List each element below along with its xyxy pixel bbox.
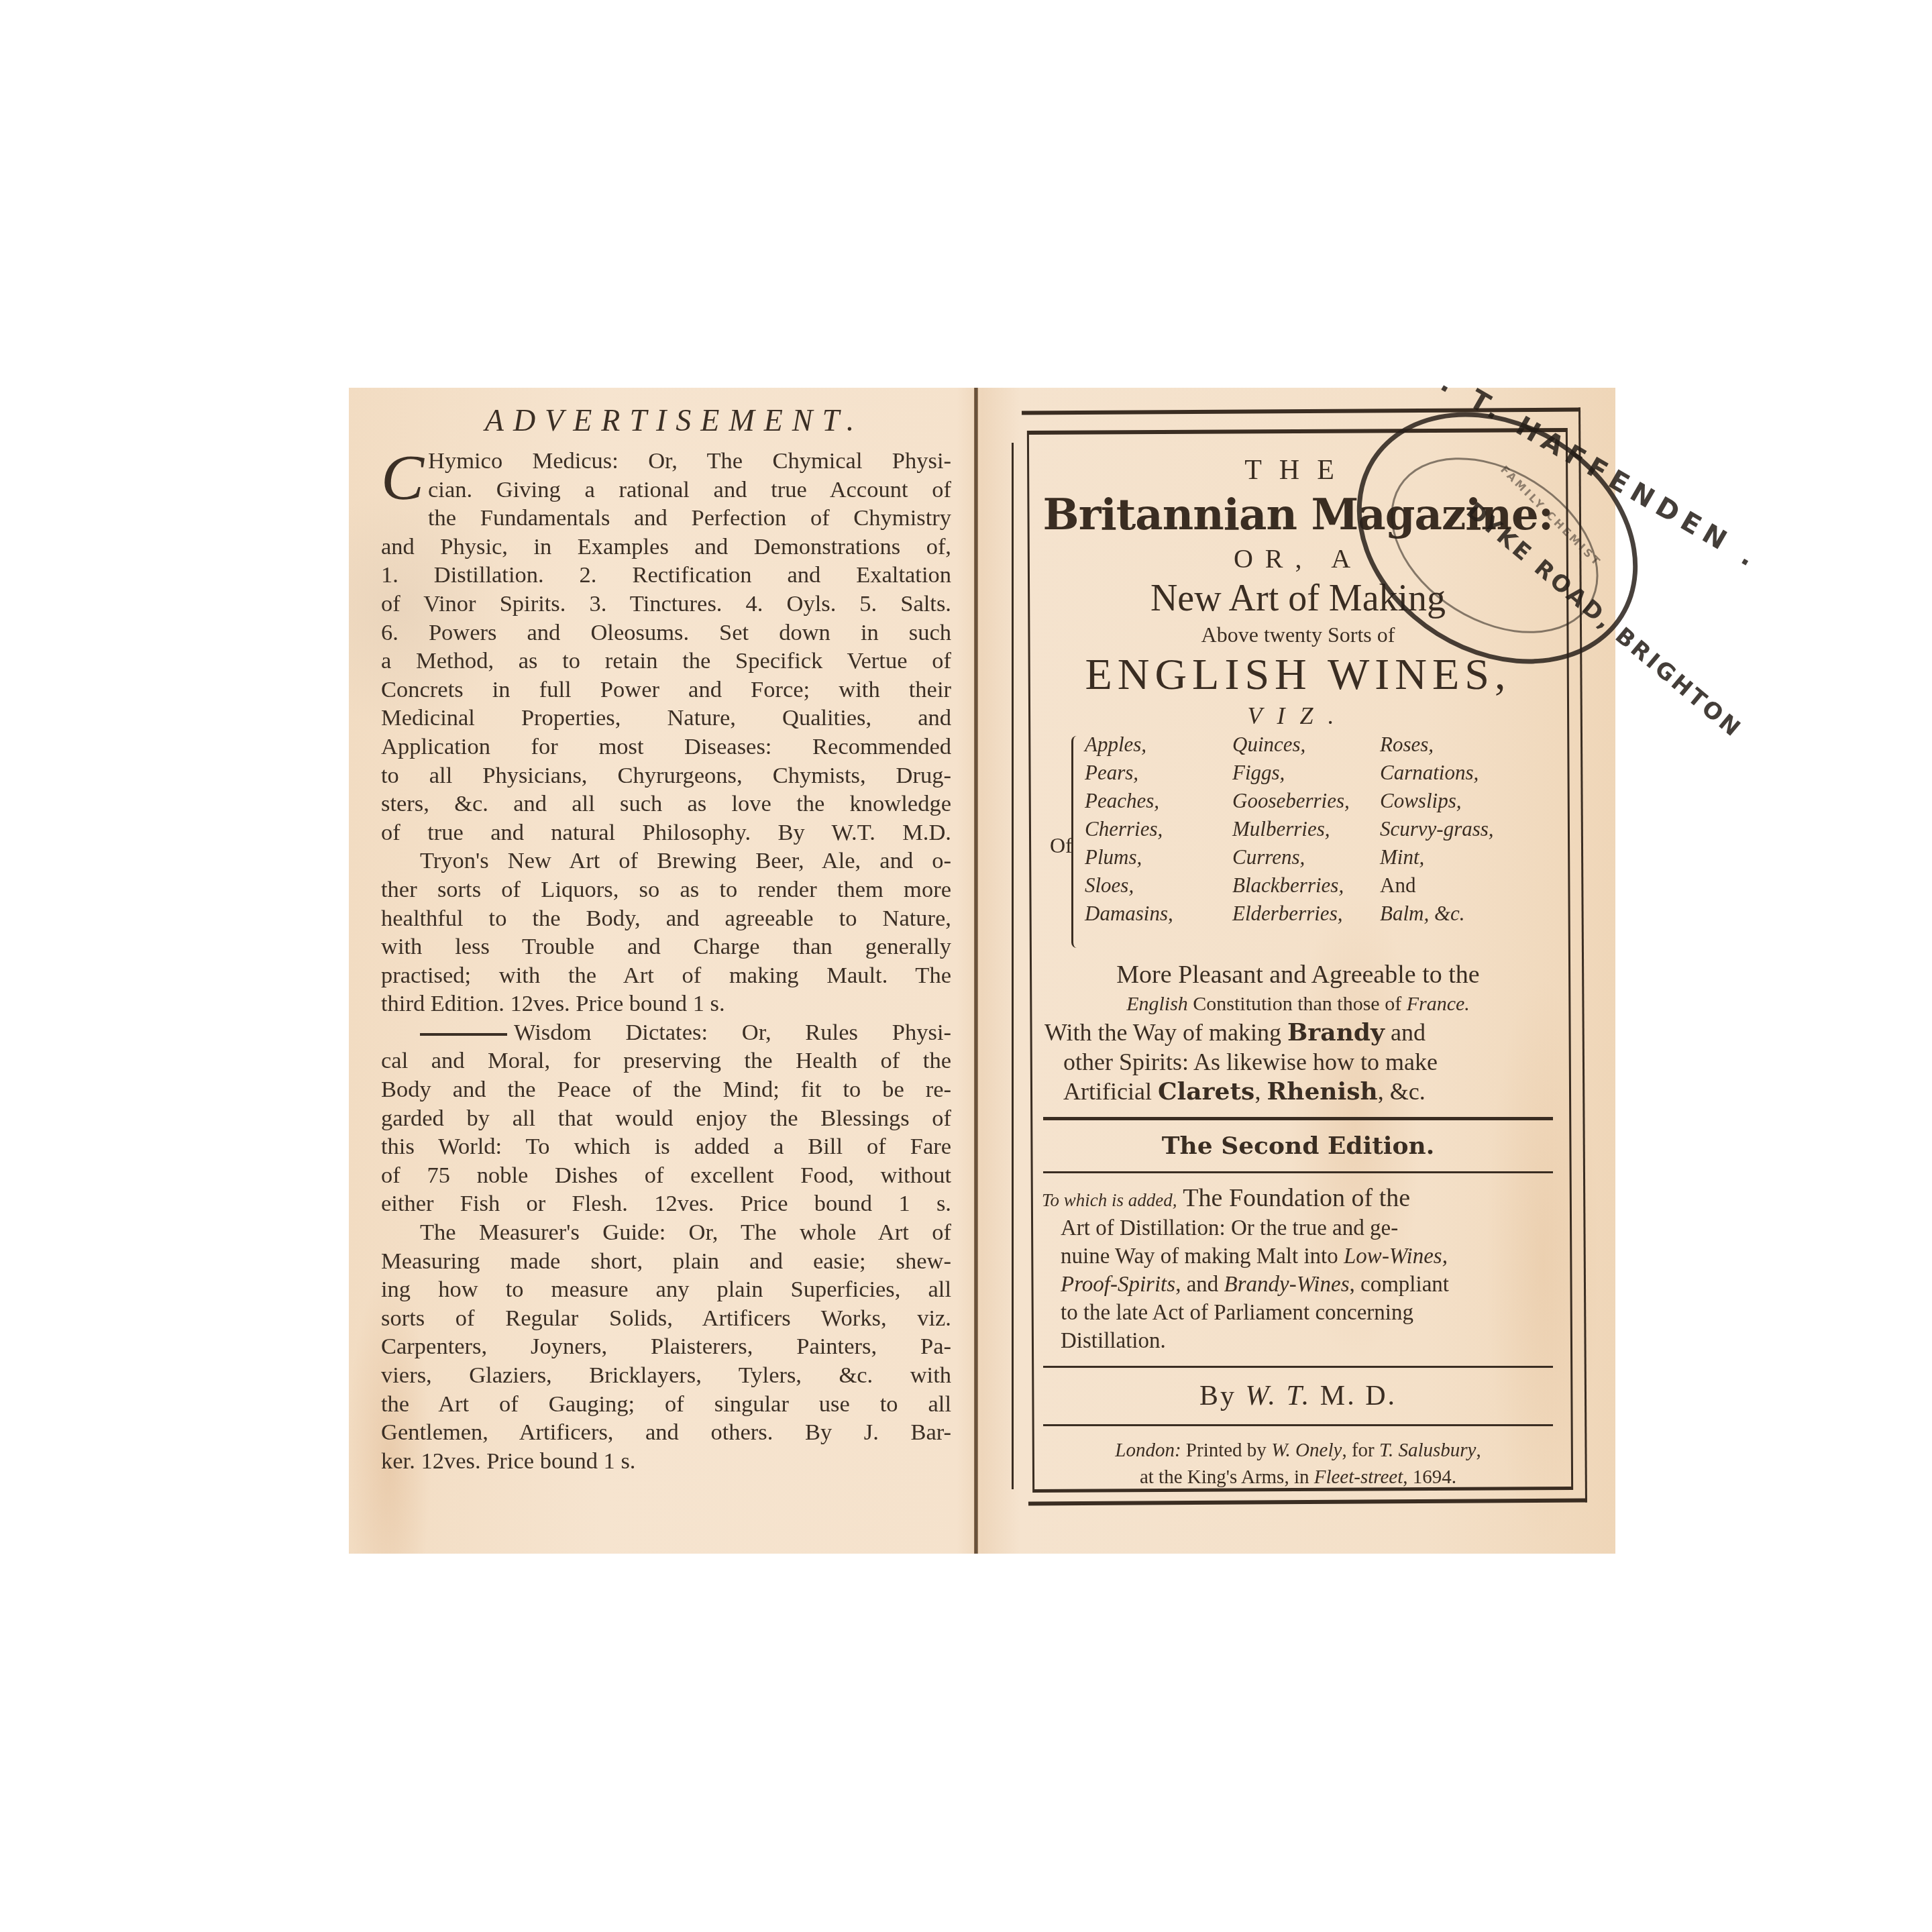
list-column-2: Quinces, Figgs, Gooseberries, Mulberries…: [1232, 731, 1350, 928]
added-line-3: nuine Way of making Malt into Low-Wines,: [1036, 1242, 1560, 1271]
italic-text: London:: [1115, 1440, 1181, 1461]
text: and: [1385, 1019, 1426, 1046]
title-page-outer-frame-left: [1012, 443, 1014, 1489]
text-line: Application for most Diseases: Recommend…: [381, 733, 951, 761]
italic-text: T. Salusbury: [1379, 1440, 1476, 1461]
list-item: Quinces,: [1232, 731, 1350, 759]
italic-text: France.: [1407, 993, 1470, 1015]
list-item: Gooseberries,: [1232, 787, 1350, 815]
text-line: sters, &c. and all such as love the know…: [381, 790, 951, 818]
viz-label: VIZ.: [1036, 701, 1560, 731]
text-line: cal and Moral, for preserving the Health…: [381, 1046, 951, 1075]
text-line: of 75 noble Dishes of excellent Food, wi…: [381, 1161, 951, 1190]
italic-text: Fleet-street: [1314, 1466, 1403, 1488]
italic-text: Low-Wines,: [1344, 1244, 1448, 1269]
text-line: Concrets in full Power and Force; with t…: [381, 676, 951, 704]
book-gutter: [974, 388, 978, 1554]
list-item: Peaches,: [1085, 787, 1173, 815]
text-line: Hymico Medicus: Or, The Chymical Physi-: [381, 447, 951, 476]
list-column-3: Roses, Carnations, Cowslips, Scurvy-gras…: [1380, 731, 1494, 928]
text-line: a Method, as to retain the Specifick Ver…: [381, 647, 951, 676]
list-item: Mulberries,: [1232, 815, 1350, 843]
text-line: Tryon's New Art of Brewing Beer, Ale, an…: [381, 847, 951, 875]
text-line: ker. 12ves. Price bound 1 s.: [381, 1447, 951, 1476]
text-line: either Fish or Flesh. 12ves. Price bound…: [381, 1189, 951, 1218]
blackletter-text: Brandy: [1287, 1018, 1385, 1046]
text: at the King's Arms, in: [1140, 1466, 1314, 1488]
imprint-line-2: at the King's Arms, in Fleet-street, 169…: [1036, 1464, 1560, 1491]
text-line: healthful to the Body, and agreeable to …: [381, 904, 951, 933]
italic-text: Brandy-Wines: [1224, 1273, 1350, 1297]
italic-text: Proof-Spirits: [1061, 1273, 1175, 1297]
text: The Foundation of the: [1177, 1184, 1411, 1212]
text-line: and Physic, in Examples and Demonstratio…: [381, 533, 951, 561]
text: , &c.: [1378, 1078, 1426, 1105]
list-item: Sloes,: [1085, 871, 1173, 900]
text-line: Body and the Peace of the Mind; fit to b…: [381, 1075, 951, 1104]
constitution-line: English Constitution than those of Franc…: [1036, 991, 1560, 1018]
divider-rule: [1043, 1366, 1553, 1368]
text-line: Gentlemen, Artificers, and others. By J.…: [381, 1418, 951, 1447]
text-line: of true and natural Philosophy. By W.T. …: [381, 818, 951, 847]
text-line: to all Physicians, Chyrurgeons, Chymists…: [381, 761, 951, 790]
fruit-flower-list: Of Apples, Pears, Peaches, Cherries, Plu…: [1036, 731, 1560, 956]
entry-measurers-guide: The Measurer's Guide: Or, The whole Art …: [381, 1218, 951, 1475]
byline: By W. T. M. D.: [1036, 1379, 1560, 1413]
text-line: sorts of Regular Solids, Artificers Work…: [381, 1304, 951, 1333]
entry-tryon-brewing: Tryon's New Art of Brewing Beer, Ale, an…: [381, 847, 951, 1018]
text: , for: [1342, 1440, 1379, 1461]
divider-rule: [1043, 1424, 1553, 1426]
italic-text: To which is added,: [1042, 1190, 1177, 1210]
with-way-line-2: other Spirits: As likewise how to make: [1036, 1047, 1560, 1077]
text-line: with less Trouble and Charge than genera…: [381, 932, 951, 961]
text-line: 6. Powers and Oleosums. Set down in such: [381, 619, 951, 647]
text-line-with-rule: Wisdom Dictates: Or, Rules Physi-: [381, 1018, 951, 1047]
text: ,: [1476, 1440, 1481, 1461]
text-line: Measuring made short, plain and easie; s…: [381, 1247, 951, 1276]
text: , compliant: [1350, 1273, 1449, 1297]
text-line: garded by all that would enjoy the Bless…: [381, 1104, 951, 1133]
entry-wisdom-dictates: Wisdom Dictates: Or, Rules Physi- cal an…: [381, 1018, 951, 1218]
list-item: Cowslips,: [1380, 787, 1494, 815]
text-line: ther sorts of Liquors, so as to render t…: [381, 875, 951, 904]
more-pleasant-line: More Pleasant and Agreeable to the: [1036, 959, 1560, 991]
left-page-advertisement: ADVERTISEMENT. C Hymico Medicus: Or, The…: [381, 401, 951, 1475]
italic-text: English: [1126, 993, 1188, 1015]
author-initials: W. T.: [1245, 1381, 1311, 1411]
text: Printed by: [1181, 1440, 1272, 1461]
text-line: cian. Giving a rational and true Account…: [381, 476, 951, 504]
text-line: the Art of Gauging; of singular use to a…: [381, 1390, 951, 1419]
list-item: Elderberries,: [1232, 900, 1350, 928]
list-item: Mint,: [1380, 843, 1494, 871]
with-way-line-1: With the Way of making Brandy and: [1036, 1018, 1560, 1047]
divider-rule: [1043, 1171, 1553, 1173]
list-item: Apples,: [1085, 731, 1173, 759]
text-line: of Vinor Spirits. 3. Tinctures. 4. Oyls.…: [381, 590, 951, 619]
added-line-5: to the late Act of Parliament concerning: [1036, 1299, 1560, 1327]
list-item: Blackberries,: [1232, 871, 1350, 900]
text-line: practised; with the Art of making Mault.…: [381, 961, 951, 990]
list-item: Damasins,: [1085, 900, 1173, 928]
list-item: Roses,: [1380, 731, 1494, 759]
text: , 1694.: [1403, 1466, 1456, 1488]
list-item: Figgs,: [1232, 759, 1350, 787]
list-item: Scurvy-grass,: [1380, 815, 1494, 843]
text-line: viers, Glaziers, Bricklayers, Tylers, &c…: [381, 1361, 951, 1390]
list-item: Carnations,: [1380, 759, 1494, 787]
added-line-1: To which is added, The Foundation of the: [1036, 1184, 1560, 1214]
of-label: Of: [1050, 831, 1073, 859]
blackletter-text: Clarets: [1158, 1077, 1254, 1106]
text-line: Medicinal Properties, Nature, Qualities,…: [381, 704, 951, 733]
dash-rule: [420, 1033, 507, 1036]
drop-cap: C: [381, 451, 424, 507]
text-line: third Edition. 12ves. Price bound 1 s.: [381, 989, 951, 1018]
list-item: Cherries,: [1085, 815, 1173, 843]
text-line: The Measurer's Guide: Or, The whole Art …: [381, 1218, 951, 1247]
text: Constitution than those of: [1188, 993, 1407, 1015]
text: ,: [1254, 1078, 1267, 1105]
list-item: Plums,: [1085, 843, 1173, 871]
advertisement-heading: ADVERTISEMENT.: [397, 401, 951, 440]
divider-rule: [1043, 1117, 1553, 1120]
text: By: [1199, 1381, 1246, 1411]
imprint-line-1: London: Printed by W. Onely, for T. Salu…: [1036, 1437, 1560, 1464]
text-line: Wisdom Dictates: Or, Rules Physi-: [514, 1020, 951, 1045]
list-column-1: Apples, Pears, Peaches, Cherries, Plums,…: [1085, 731, 1173, 928]
added-line-2: Art of Distillation: Or the true and ge-: [1036, 1214, 1560, 1242]
text-line: the Fundamentals and Perfection of Chymi…: [381, 504, 951, 533]
list-item: And: [1380, 871, 1494, 900]
edition-label: The Second Edition.: [1036, 1131, 1560, 1161]
added-line-4: Proof-Spirits, and Brandy-Wines, complia…: [1036, 1271, 1560, 1299]
text-line: ing how to measure any plain Superficies…: [381, 1275, 951, 1304]
text: , and: [1175, 1273, 1224, 1297]
entry-chymico-medicus: C Hymico Medicus: Or, The Chymical Physi…: [381, 447, 951, 847]
text-line: Carpenters, Joyners, Plaisterers, Painte…: [381, 1332, 951, 1361]
italic-text: W. Onely: [1271, 1440, 1342, 1461]
text: M. D.: [1311, 1381, 1397, 1411]
text-line: this World: To which is added a Bill of …: [381, 1132, 951, 1161]
added-line-6: Distillation.: [1036, 1327, 1560, 1355]
with-way-line-3: Artificial Clarets, Rhenish, &c.: [1036, 1077, 1560, 1106]
curly-brace-icon: [1071, 736, 1081, 948]
text: With the Way of making: [1044, 1019, 1287, 1046]
text: Artificial: [1063, 1078, 1158, 1105]
list-item: Pears,: [1085, 759, 1173, 787]
text-line: 1. Distillation. 2. Rectification and Ex…: [381, 561, 951, 590]
list-item: Currens,: [1232, 843, 1350, 871]
list-item: Balm, &c.: [1380, 900, 1494, 928]
text: nuine Way of making Malt into: [1061, 1244, 1344, 1269]
blackletter-text: Rhenish: [1267, 1077, 1377, 1106]
